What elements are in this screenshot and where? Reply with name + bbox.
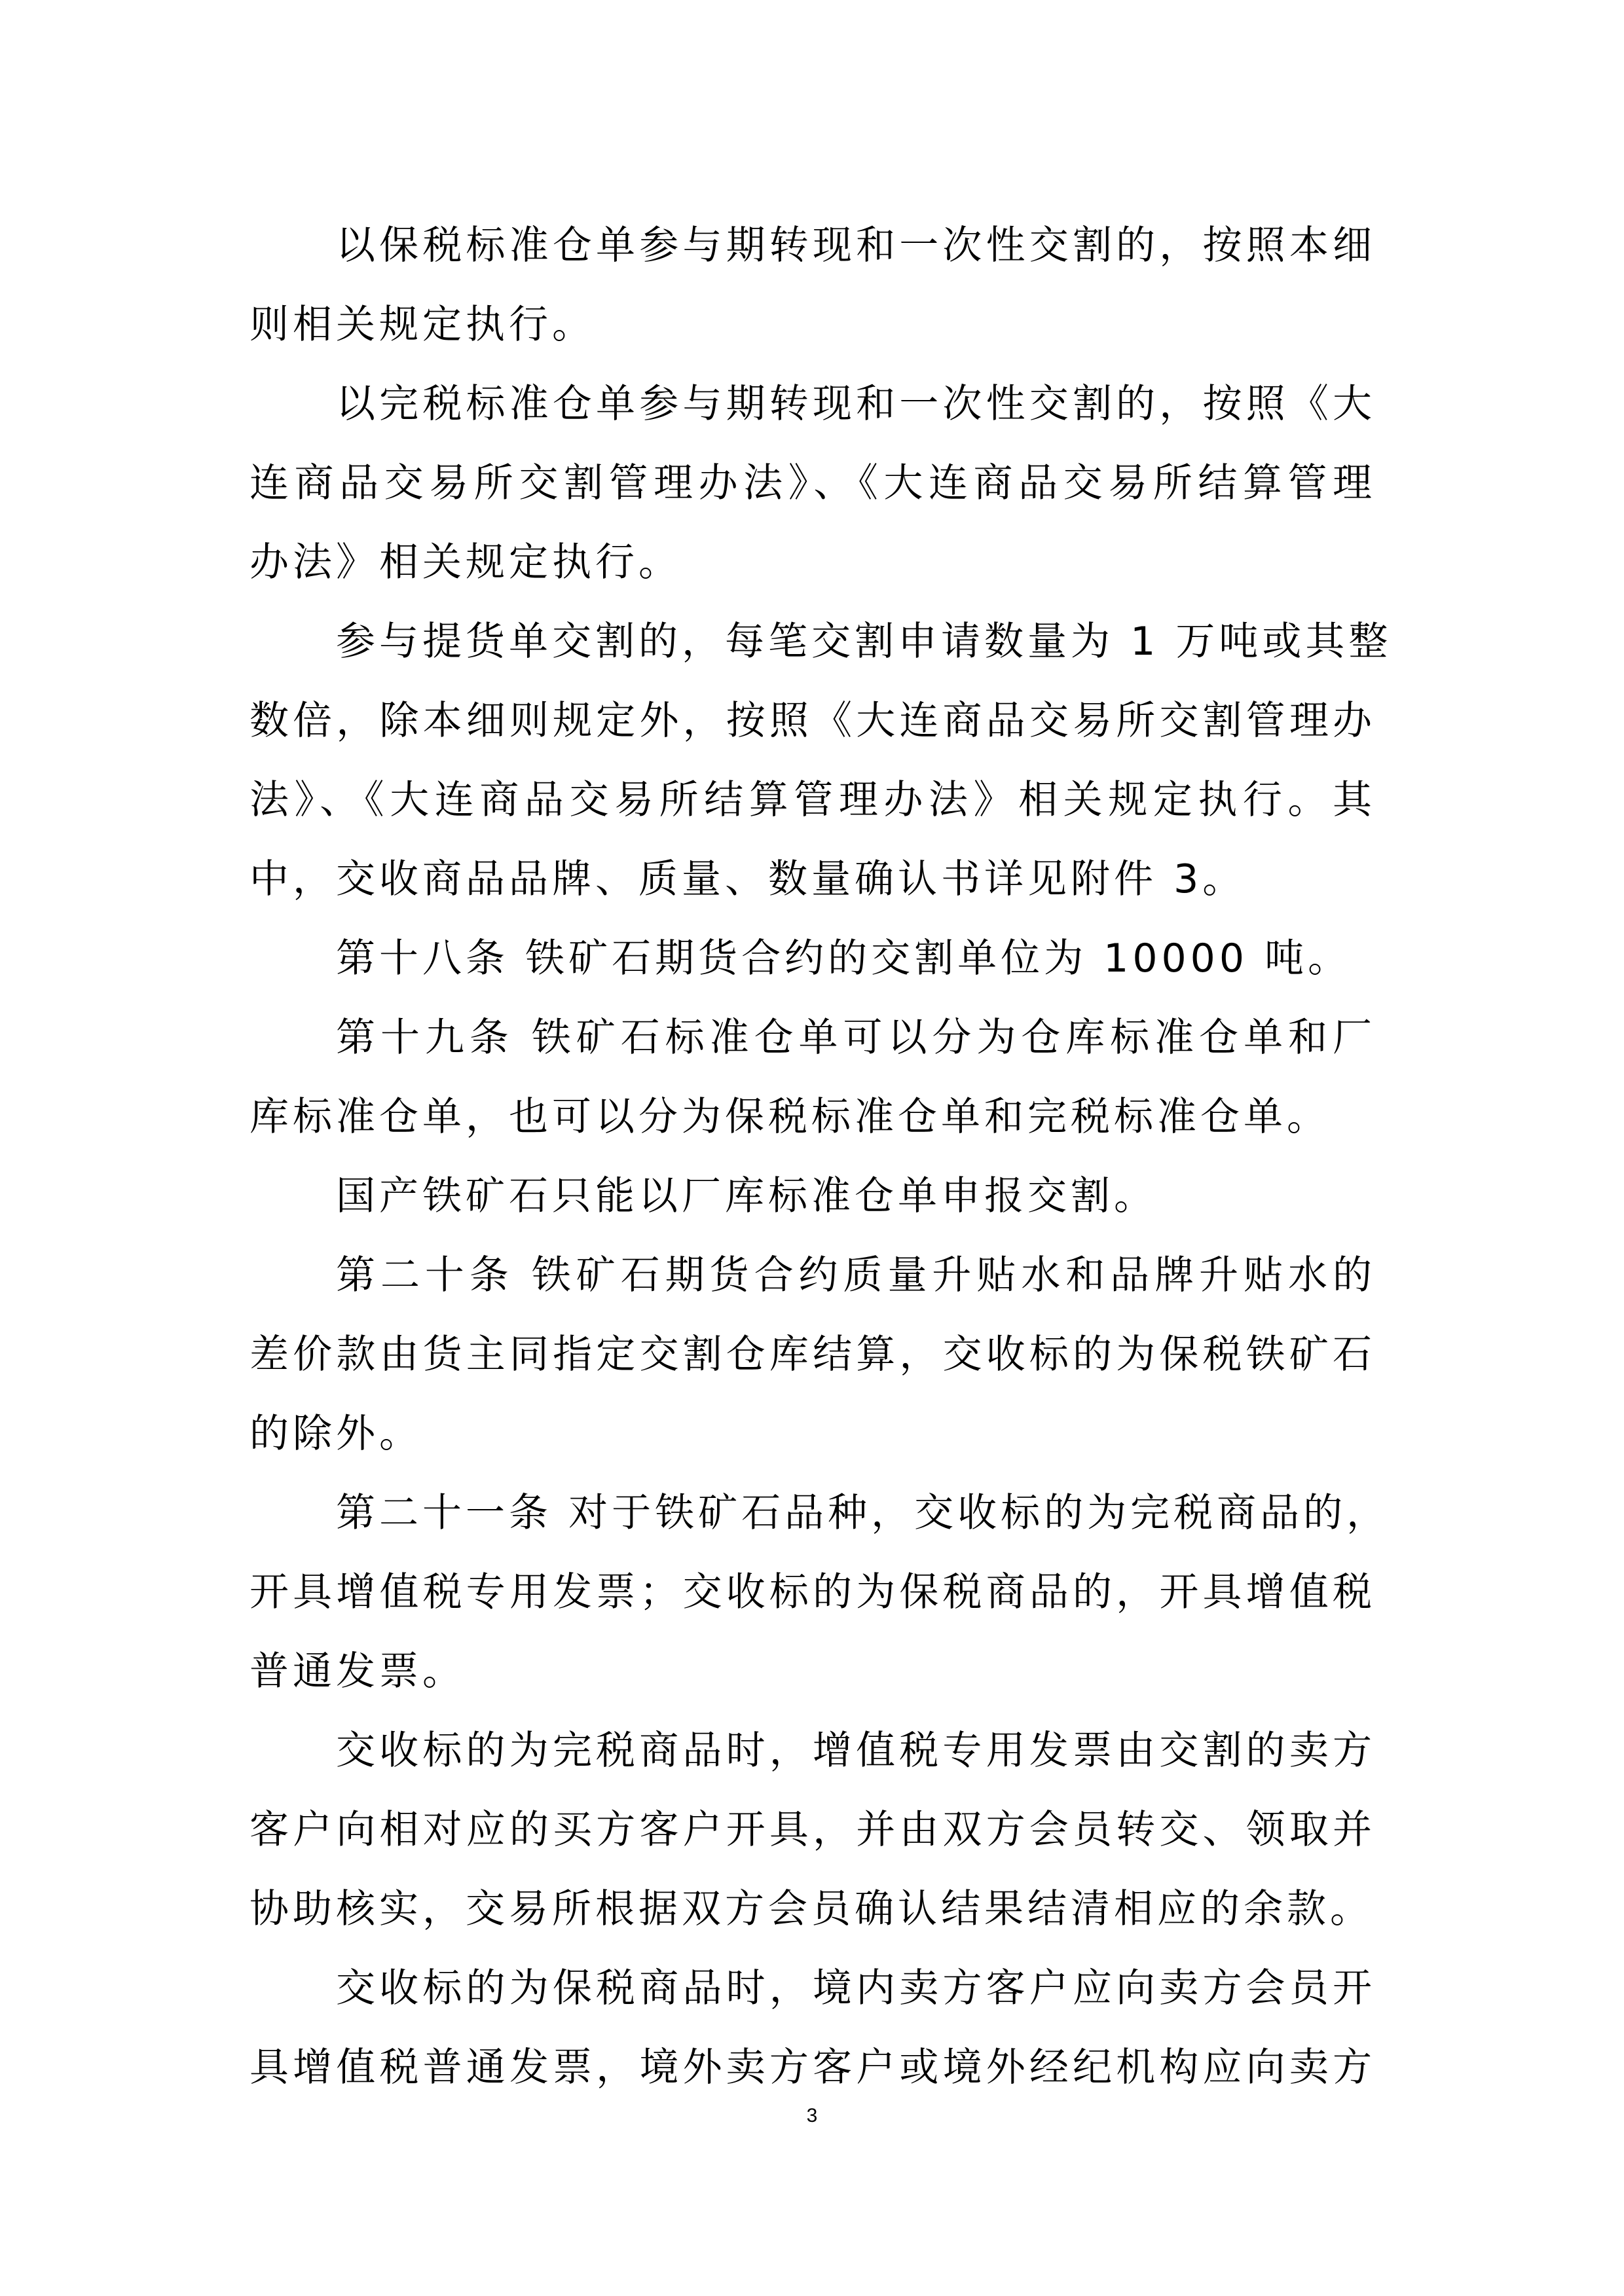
text-line: 库标准仓单，也可以分为保税标准仓单和完税标准仓单。 xyxy=(249,1087,1376,1167)
text-line: 法》、《大连商品交易所结算管理办法》相关规定执行。其 xyxy=(249,771,1376,850)
page-number: 3 xyxy=(0,2103,1624,2129)
article-19: 第十九条 铁矿石标准仓单可以分为仓库标准仓单和厂 库标准仓单，也可以分为保税标准… xyxy=(249,1008,1376,1167)
text-line: 交收标的为完税商品时，增值税专用发票由交割的卖方 xyxy=(249,1721,1376,1800)
paragraph-bill-of-lading-delivery: 参与提货单交割的，每笔交割申请数量为 1 万吨或其整 数倍，除本细则规定外，按照… xyxy=(249,612,1376,929)
text-line: 办法》相关规定执行。 xyxy=(249,533,1376,612)
text-line: 交收标的为保税商品时，境内卖方客户应向卖方会员开 xyxy=(249,1959,1376,2038)
text-line: 差价款由货主同指定交割仓库结算，交收标的为保税铁矿石 xyxy=(249,1325,1376,1404)
paragraph-duty-paid-warrant-delivery: 以完税标准仓单参与期转现和一次性交割的，按照《大 连商品交易所交割管理办法》、《… xyxy=(249,374,1376,612)
text-line: 客户向相对应的买方客户开具，并由双方会员转交、领取并 xyxy=(249,1800,1376,1880)
text-line: 则相关规定执行。 xyxy=(249,295,1376,374)
article-20: 第二十条 铁矿石期货合约质量升贴水和品牌升贴水的 差价款由货主同指定交割仓库结算… xyxy=(249,1246,1376,1484)
text-line: 数倍，除本细则规定外，按照《大连商品交易所交割管理办 xyxy=(249,691,1376,771)
paragraph-bonded-warrant-delivery: 以保税标准仓单参与期转现和一次性交割的，按照本细 则相关规定执行。 xyxy=(249,216,1376,374)
paragraph-domestic-iron-ore: 国产铁矿石只能以厂库标准仓单申报交割。 xyxy=(249,1167,1376,1246)
document-body: 以保税标准仓单参与期转现和一次性交割的，按照本细 则相关规定执行。 以完税标准仓… xyxy=(249,216,1376,2117)
text-line: 普通发票。 xyxy=(249,1642,1376,1721)
text-line: 以保税标准仓单参与期转现和一次性交割的，按照本细 xyxy=(249,216,1376,295)
document-page: 以保税标准仓单参与期转现和一次性交割的，按照本细 则相关规定执行。 以完税标准仓… xyxy=(0,0,1624,2296)
text-line: 的除外。 xyxy=(249,1404,1376,1484)
text-line: 国产铁矿石只能以厂库标准仓单申报交割。 xyxy=(249,1167,1376,1246)
text-line: 协助核实，交易所根据双方会员确认结果结清相应的余款。 xyxy=(249,1880,1376,1959)
text-line: 开具增值税专用发票；交收标的为保税商品的，开具增值税 xyxy=(249,1563,1376,1642)
article-18: 第十八条 铁矿石期货合约的交割单位为 10000 吨。 xyxy=(249,929,1376,1008)
text-line: 第二十条 铁矿石期货合约质量升贴水和品牌升贴水的 xyxy=(249,1246,1376,1325)
text-line: 连商品交易所交割管理办法》、《大连商品交易所结算管理 xyxy=(249,454,1376,533)
text-line: 以完税标准仓单参与期转现和一次性交割的，按照《大 xyxy=(249,374,1376,454)
article-21: 第二十一条 对于铁矿石品种，交收标的为完税商品的， 开具增值税专用发票；交收标的… xyxy=(249,1484,1376,1721)
paragraph-bonded-invoice: 交收标的为保税商品时，境内卖方客户应向卖方会员开 具增值税普通发票，境外卖方客户… xyxy=(249,1959,1376,2117)
text-line: 第十八条 铁矿石期货合约的交割单位为 10000 吨。 xyxy=(249,929,1376,1008)
text-line: 参与提货单交割的，每笔交割申请数量为 1 万吨或其整 xyxy=(249,612,1376,691)
text-line: 第十九条 铁矿石标准仓单可以分为仓库标准仓单和厂 xyxy=(249,1008,1376,1087)
text-line: 第二十一条 对于铁矿石品种，交收标的为完税商品的， xyxy=(249,1484,1376,1563)
text-line: 中，交收商品品牌、质量、数量确认书详见附件 3。 xyxy=(249,850,1376,929)
paragraph-duty-paid-invoice: 交收标的为完税商品时，增值税专用发票由交割的卖方 客户向相对应的买方客户开具，并… xyxy=(249,1721,1376,1959)
